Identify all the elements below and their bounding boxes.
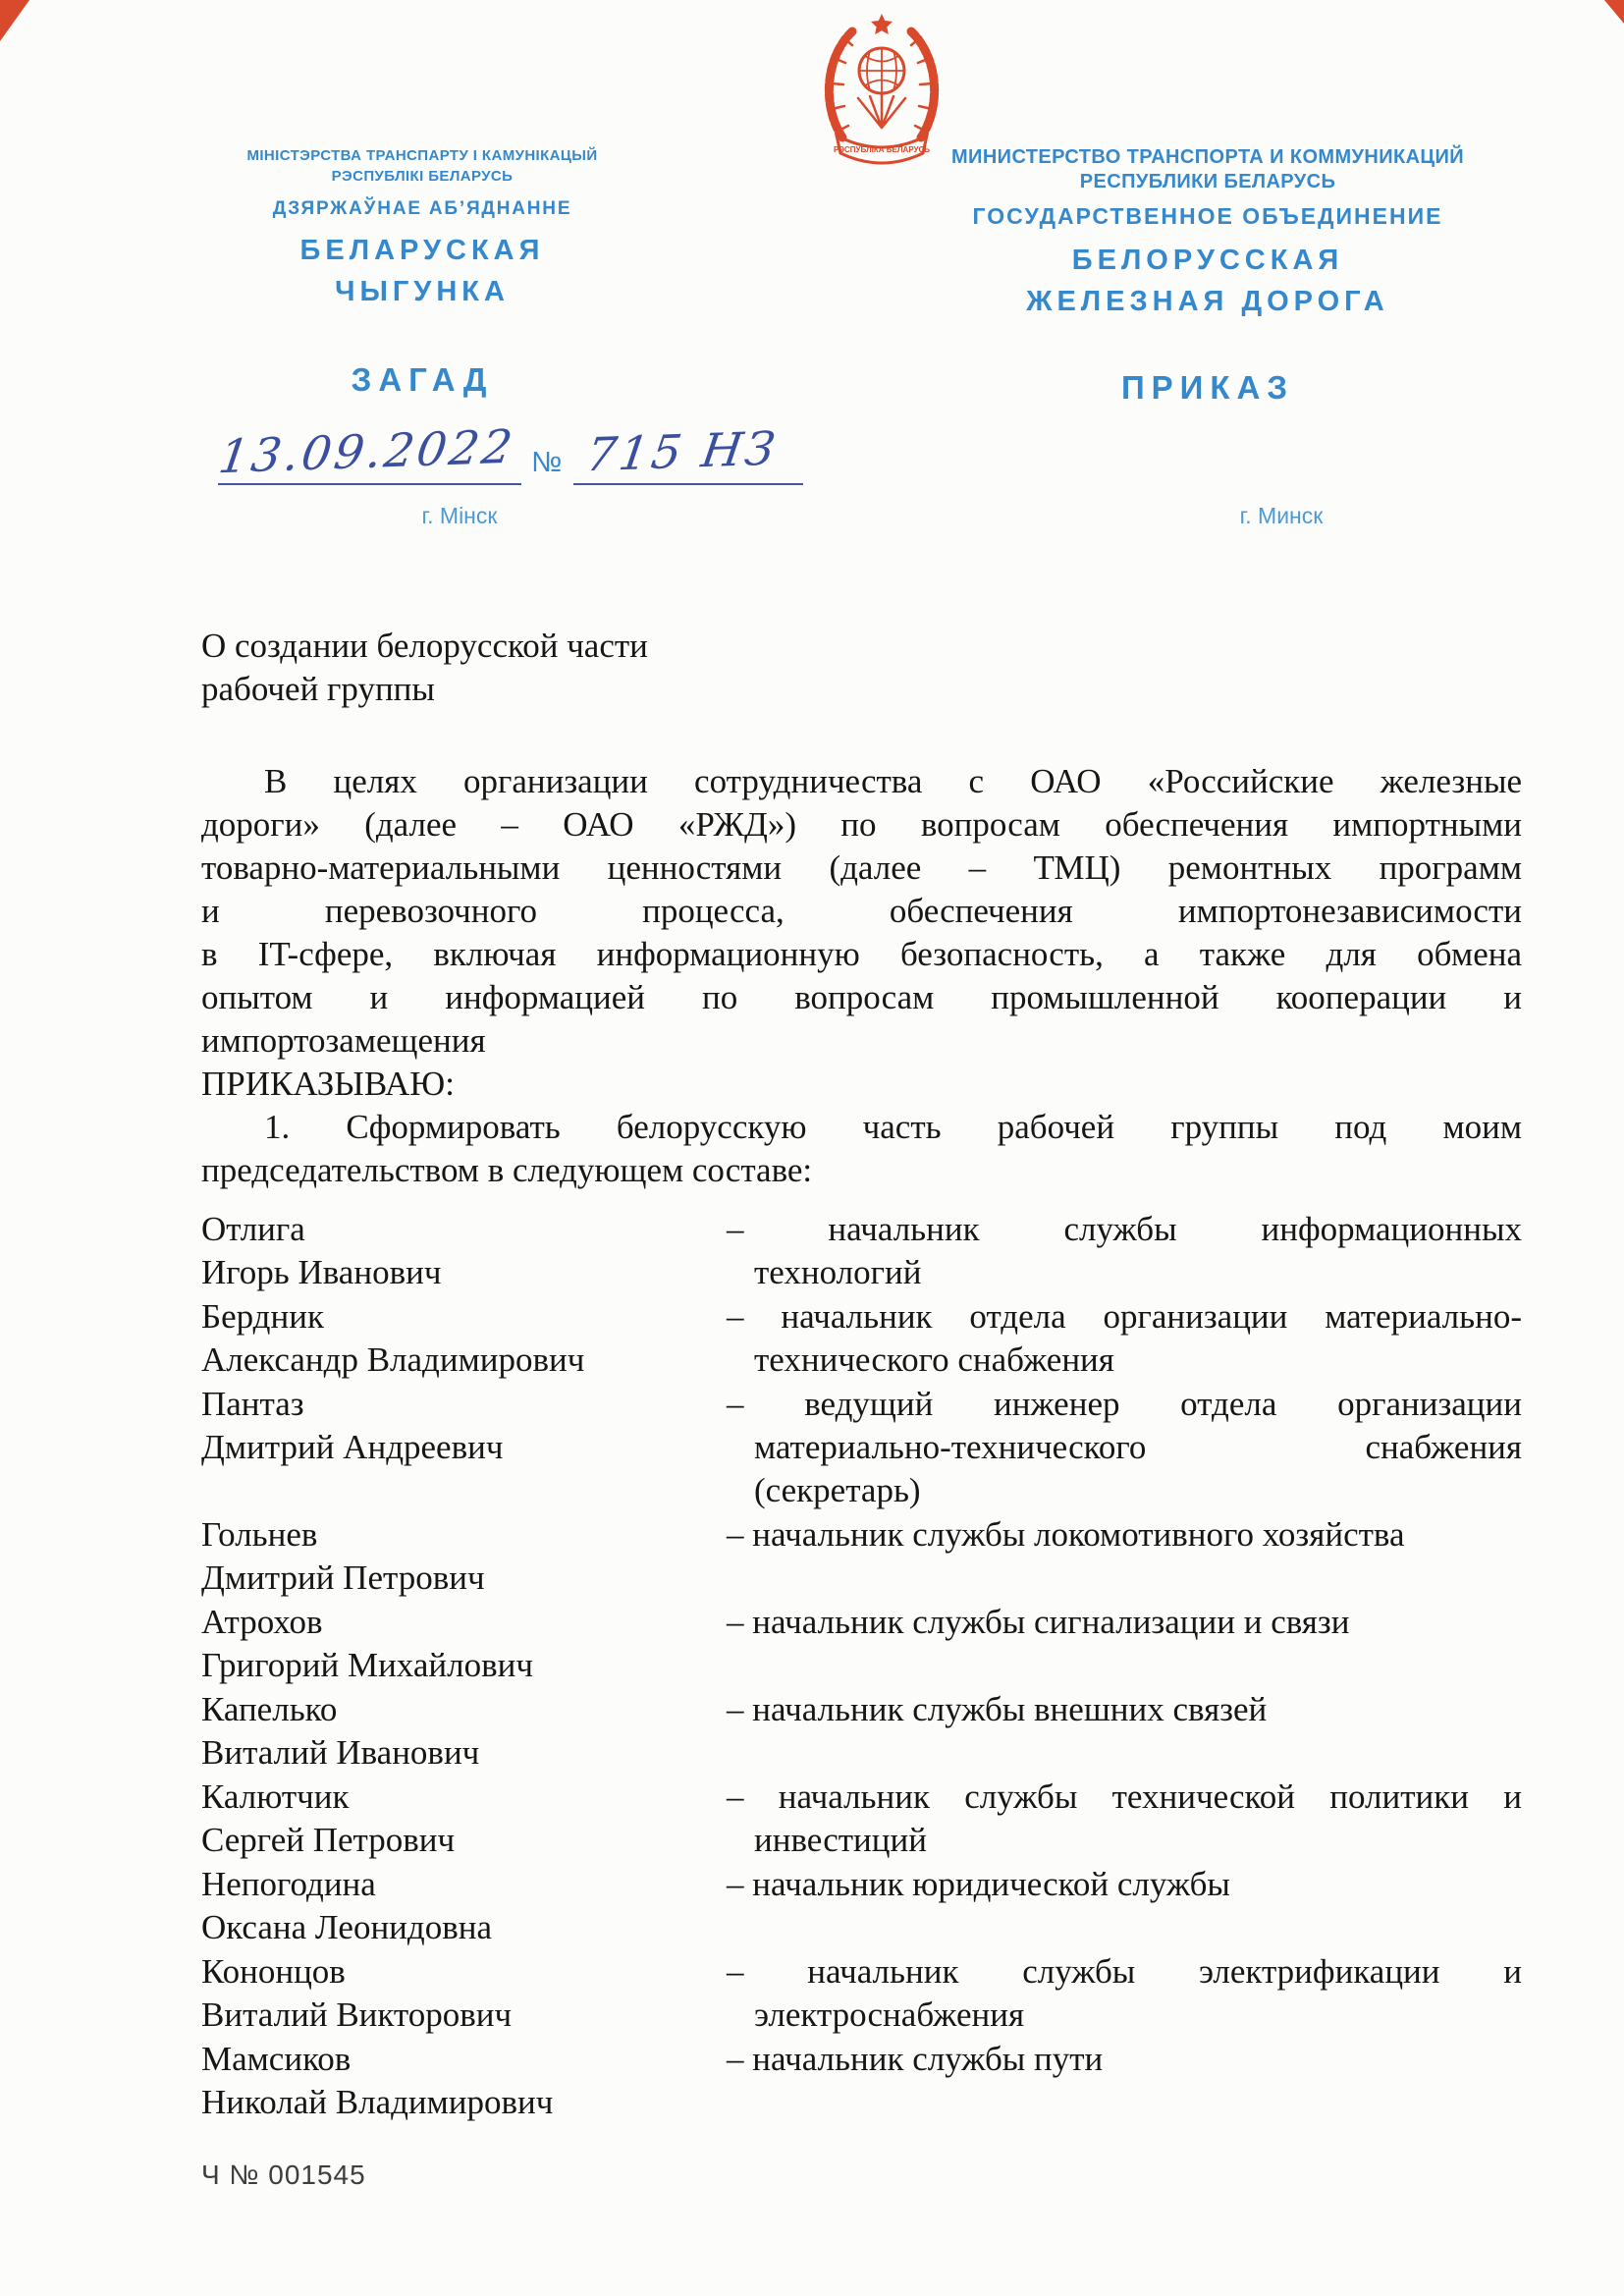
member-firstname: Оксана Леонидовна [201,1906,727,1949]
paragraph-line: в IT-сфере, включая информационную безоп… [201,933,1522,976]
member-name: Калютчик Сергей Петрович [201,1776,727,1862]
member-surname: Отлига [201,1208,727,1251]
subject-heading: О создании белорусской части рабочей гру… [201,625,1522,711]
member-firstname: Александр Владимирович [201,1339,727,1382]
org-line2-by: ЧЫГУНКА [142,271,702,312]
position-line: – ведущий инженер отдела организации [727,1383,1522,1426]
position-line: инвестиций [727,1819,1522,1862]
subject-line1: О создании белорусской части [201,625,1522,668]
member-name: Отлига Игорь Иванович [201,1208,727,1294]
member-firstname: Григорий Михайлович [201,1644,727,1687]
member-name: Атрохов Григорий Михайлович [201,1601,727,1687]
organization-name-by: БЕЛАРУСКАЯ ЧЫГУНКА [142,230,702,312]
document-body: О создании белорусской части рабочей гру… [201,625,1522,2197]
member-surname: Капелько [201,1688,727,1731]
city-ru: г. Минск [1001,503,1561,529]
position-line: – начальник службы информационных [727,1208,1522,1251]
ministry-line1-by: МІНІСТЭРСТВА ТРАНСПАРТУ І КАМУНІКАЦЫЙ [142,145,702,166]
member-surname: Калютчик [201,1776,727,1819]
paragraph-line: опытом и информацией по вопросам промышл… [201,976,1522,1019]
association-name-by: ДЗЯРЖАЎНАЕ АБ’ЯДНАННЕ [142,198,702,220]
member-row: Кононцов Виталий Викторович – начальник … [201,1950,1522,2037]
member-name: Мамсиков Николай Владимирович [201,2038,727,2124]
scan-artifact-corner-left [0,0,29,41]
member-row: Капелько Виталий Иванович – начальник сл… [201,1688,1522,1775]
position-line: – начальник службы сигнализации и связи [727,1601,1522,1644]
item1-line2: председательством в следующем составе: [201,1149,1522,1192]
member-position: – начальник службы электрификации и элек… [727,1950,1522,2037]
member-firstname: Дмитрий Петрович [201,1557,727,1600]
org-line2-ru: ЖЕЛЕЗНАЯ ДОРОГА [928,281,1488,322]
position-line: – начальник службы внешних связей [727,1688,1522,1731]
member-name: Капелько Виталий Иванович [201,1688,727,1775]
member-firstname: Игорь Иванович [201,1251,727,1294]
scan-artifact-corner-right [1604,0,1624,24]
member-row: Бердник Александр Владимирович – начальн… [201,1295,1522,1382]
member-surname: Бердник [201,1295,727,1339]
member-surname: Кононцов [201,1950,727,1994]
association-name-ru: ГОСУДАРСТВЕННОЕ ОБЪЕДИНЕНИЕ [928,203,1488,230]
member-surname: Непогодина [201,1863,727,1906]
letterhead-russian: МИНИСТЕРСТВО ТРАНСПОРТА И КОММУНИКАЦИЙ Р… [928,145,1488,407]
member-row: Атрохов Григорий Михайлович – начальник … [201,1601,1522,1687]
decree-word: ПРИКАЗЫВАЮ: [201,1063,1522,1106]
number-field: 715 НЗ [573,428,803,485]
member-surname: Пантаз [201,1383,727,1426]
member-surname: Гольнев [201,1513,727,1557]
date-field: 13.09.2022 [218,428,521,485]
position-line: – начальник службы электрификации и [727,1950,1522,1994]
position-line: технического снабжения [727,1339,1522,1382]
item1-line1: 1. Сформировать белорусскую часть рабоче… [201,1106,1522,1149]
member-position: – начальник юридической службы [727,1863,1522,1949]
ministry-name-by: МІНІСТЭРСТВА ТРАНСПАРТУ І КАМУНІКАЦЫЙ РЭ… [142,145,702,187]
member-row: Мамсиков Николай Владимирович – начальни… [201,2038,1522,2124]
member-position: – начальник службы информационных технол… [727,1208,1522,1294]
member-surname: Мамсиков [201,2038,727,2081]
org-line1-ru: БЕЛОРУССКАЯ [928,240,1488,281]
letterhead-belarusian: МІНІСТЭРСТВА ТРАНСПАРТУ І КАМУНІКАЦЫЙ РЭ… [142,145,702,399]
paragraph-line: дороги» (далее – ОАО «РЖД») по вопросам … [201,803,1522,847]
ministry-line2-ru: РЕСПУБЛИКИ БЕЛАРУСЬ [928,170,1488,194]
emblem-ribbon-text: РЭСПУБЛІКА БЕЛАРУСЬ [834,145,930,154]
paragraph-line: и перевозочного процесса, обеспечения им… [201,890,1522,933]
member-name: Бердник Александр Владимирович [201,1295,727,1382]
member-position: – ведущий инженер отдела организации мат… [727,1383,1522,1512]
member-surname: Атрохов [201,1601,727,1644]
position-line: – начальник отдела организации материаль… [727,1295,1522,1339]
ministry-line2-by: РЭСПУБЛІКІ БЕЛАРУСЬ [142,166,702,187]
member-position: – начальник отдела организации материаль… [727,1295,1522,1382]
member-position: – начальник службы локомотивного хозяйст… [727,1513,1522,1600]
form-number: Ч № 001545 [201,2154,1522,2197]
subject-line2: рабочей группы [201,668,1522,711]
number-sign: № [531,447,562,479]
position-line: электроснабжения [727,1994,1522,2037]
position-line: – начальник службы локомотивного хозяйст… [727,1513,1522,1557]
paragraph-line: товарно-материальными ценностями (далее … [201,847,1522,890]
position-line: материально-технического снабжения [727,1426,1522,1469]
handwritten-number: 715 НЗ [583,425,781,481]
preamble-paragraph: В целях организации сотрудничества с ОАО… [201,760,1522,1063]
city-by: г. Мінск [180,503,739,529]
member-position: – начальник службы внешних связей [727,1688,1522,1775]
member-position: – начальник службы технической политики … [727,1776,1522,1862]
ministry-name-ru: МИНИСТЕРСТВО ТРАНСПОРТА И КОММУНИКАЦИЙ Р… [928,145,1488,194]
org-line1-by: БЕЛАРУСКАЯ [142,230,702,271]
position-line: технологий [727,1251,1522,1294]
requisites-row: 13.09.2022 № 715 НЗ [218,428,803,485]
member-firstname: Дмитрий Андреевич [201,1426,727,1469]
member-firstname: Сергей Петрович [201,1819,727,1862]
member-position: – начальник службы сигнализации и связи [727,1601,1522,1687]
member-firstname: Виталий Иванович [201,1731,727,1775]
position-line: – начальник юридической службы [727,1863,1522,1906]
member-row: Пантаз Дмитрий Андреевич – ведущий инжен… [201,1383,1522,1512]
position-line: (секретарь) [727,1469,1522,1512]
paragraph-line: импортозамещения [201,1019,1522,1063]
organization-name-ru: БЕЛОРУССКАЯ ЖЕЛЕЗНАЯ ДОРОГА [928,240,1488,322]
handwritten-date: 13.09.2022 [216,423,518,482]
member-name: Гольнев Дмитрий Петрович [201,1513,727,1600]
member-row: Непогодина Оксана Леонидовна – начальник… [201,1863,1522,1949]
members-list: Отлига Игорь Иванович – начальник службы… [201,1208,1522,2124]
member-name: Пантаз Дмитрий Андреевич [201,1383,727,1512]
member-row: Калютчик Сергей Петрович – начальник слу… [201,1776,1522,1862]
scanned-order-document: РЭСПУБЛІКА БЕЛАРУСЬ МІНІСТЭРСТВА ТРАНСПА… [0,0,1624,2296]
order-item-1: 1. Сформировать белорусскую часть рабоче… [201,1106,1522,1192]
position-line: – начальник службы пути [727,2038,1522,2081]
doc-type-ru: ПРИКАЗ [928,369,1488,407]
paragraph-line: В целях организации сотрудничества с ОАО… [201,760,1522,803]
position-line: – начальник службы технической политики … [727,1776,1522,1819]
ministry-line1-ru: МИНИСТЕРСТВО ТРАНСПОРТА И КОММУНИКАЦИЙ [928,145,1488,170]
member-firstname: Виталий Викторович [201,1994,727,2037]
member-position: – начальник службы пути [727,2038,1522,2124]
member-firstname: Николай Владимирович [201,2081,727,2124]
doc-type-by: ЗАГАД [142,361,702,399]
member-row: Гольнев Дмитрий Петрович – начальник слу… [201,1513,1522,1600]
member-row: Отлига Игорь Иванович – начальник службы… [201,1208,1522,1294]
member-name: Непогодина Оксана Леонидовна [201,1863,727,1949]
member-name: Кононцов Виталий Викторович [201,1950,727,2037]
